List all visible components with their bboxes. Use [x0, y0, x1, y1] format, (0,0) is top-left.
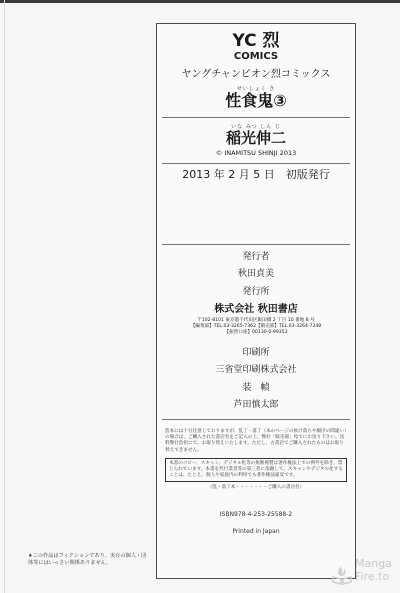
page-left-edge: [4, 0, 5, 593]
imprint-subtitle: COMICS: [157, 51, 355, 63]
divider: [162, 163, 350, 164]
colophon-page: YC 烈 COMICS ヤングチャンピオン烈コミックス せいしょく き 性食鬼③…: [0, 0, 400, 593]
publisher-role: 発行者: [157, 252, 355, 263]
publishing-house-role: 発行所: [157, 287, 355, 298]
divider: [162, 419, 350, 420]
printer-name: 三省堂印刷株式会社: [157, 365, 355, 376]
author-name: 稲光伸二: [157, 130, 355, 147]
top-edge-strip: [0, 0, 400, 3]
watermark: Manga Fire.to: [331, 557, 397, 589]
book-title: 性食鬼③: [157, 92, 355, 110]
publishing-house-name: 株式会社 秋田書店: [157, 304, 355, 315]
copyright-notice: © INAMITSU SHINJI 2013: [157, 149, 355, 158]
designer-name: 芦田慎太郎: [157, 400, 355, 411]
series-label: ヤングチャンピオン烈コミックス: [157, 69, 355, 81]
colophon-box: YC 烈 COMICS ヤングチャンピオン烈コミックス せいしょく き 性食鬼③…: [156, 23, 356, 579]
watermark-line-2: Fire.to: [355, 570, 389, 583]
fiction-disclaimer: ★この作品はフィクションであり、実在の個人・団体等にはいっさい関係ありません。: [28, 553, 148, 567]
imprint-logo: YC 烈: [157, 32, 355, 50]
transfer-account-line: 【振替口座】00130-0-99353: [157, 330, 355, 336]
printed-in: Printed in Japan: [157, 528, 355, 536]
defect-notice: 造本には十分注意しておりますが、乱丁・落丁（本のページの抜け落ちや順序の間違い）…: [165, 429, 347, 454]
divider: [162, 244, 350, 245]
publication-date: 2013 年 2 月 5 日 初版発行: [157, 168, 355, 182]
publisher-name: 秋田貞美: [157, 269, 355, 280]
watermark-line-1: Manga: [355, 557, 392, 570]
isbn: ISBN978-4-253-25588-2: [157, 511, 355, 519]
inquiry-note: （乱・落丁本・・・・・・・ご購入の書店名）: [157, 485, 355, 491]
printer-role: 印刷所: [157, 348, 355, 359]
divider: [162, 117, 350, 118]
design-role: 装 幀: [157, 383, 355, 394]
flame-book-icon: [331, 563, 353, 585]
copy-prohibition-notice: 本書のコピー、スキャン、デジタル化等の無断複製は著作権法上での例外を除き、禁じら…: [165, 458, 347, 483]
